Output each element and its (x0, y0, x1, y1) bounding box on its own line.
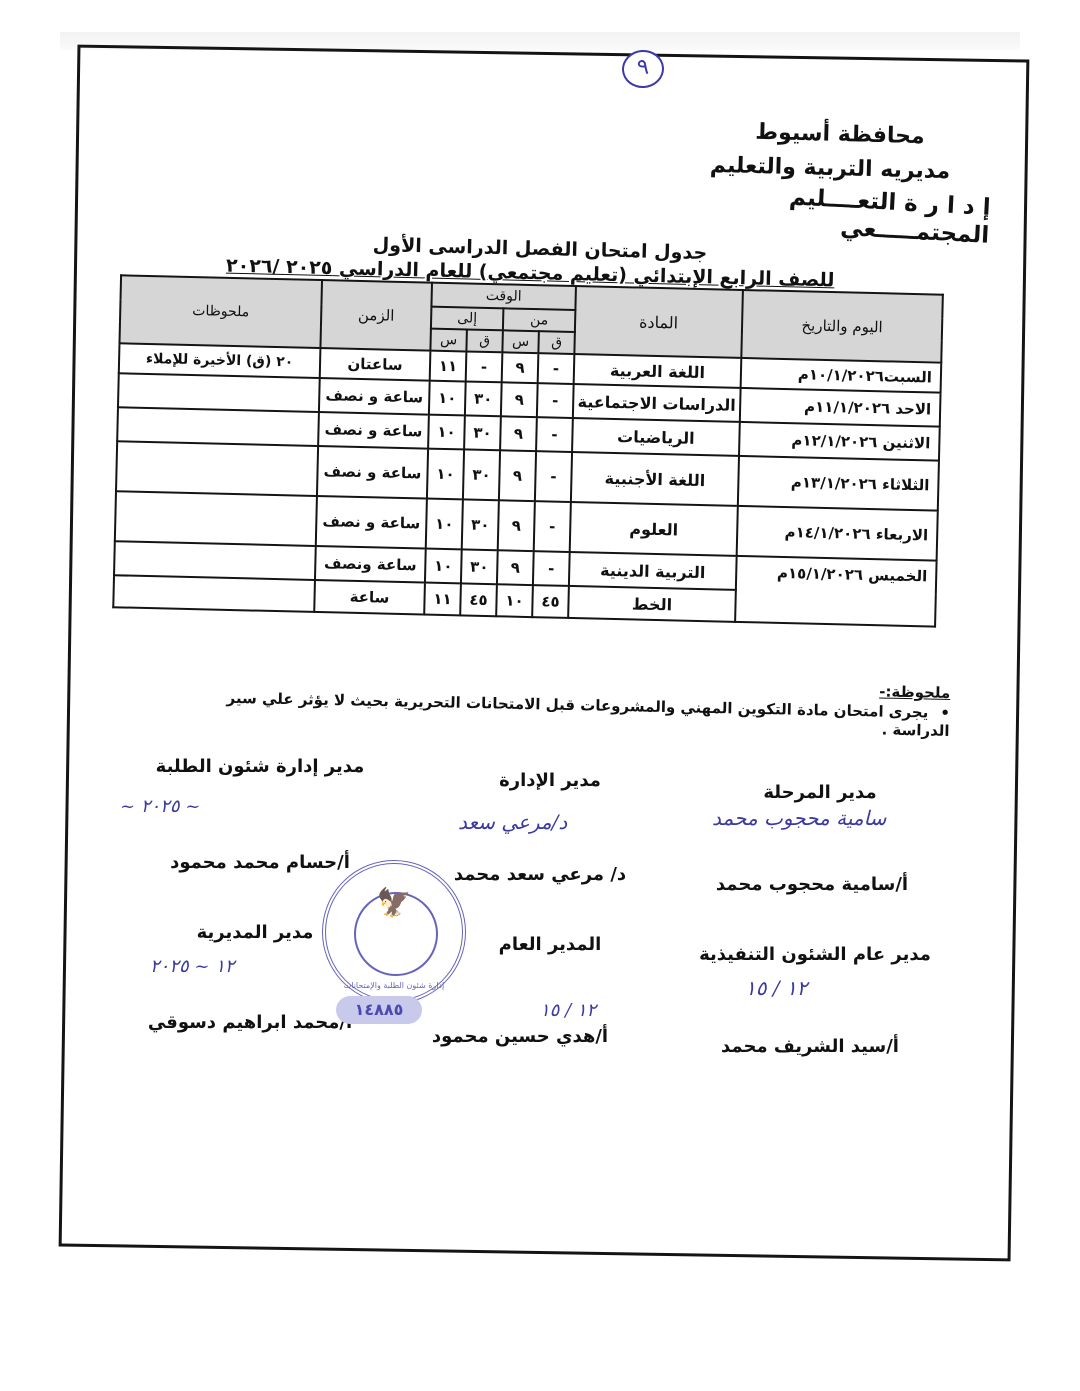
signature-name-student-affairs: أ/حسام محمد محمود (150, 852, 370, 873)
cell-from-minute: ٤٥ (532, 585, 569, 618)
cell-notes: ٢٠ (ق) الأخيرة للإملاء (119, 343, 321, 378)
exam-schedule-table: اليوم والتاريخ المادة الوقت الزمن ملحوظا… (112, 274, 944, 627)
cell-to-hour: ١٠ (429, 381, 466, 416)
official-seal: 🦅 إدارة شئون الطلبة والإمتحانات (322, 860, 466, 1004)
signature-role-general-director: المدير العام (490, 934, 610, 955)
cell-from-hour: ٩ (500, 416, 537, 451)
cell-from-hour: ٩ (499, 450, 536, 501)
cell-notes (115, 491, 317, 546)
cell-to-hour: ١١ (424, 583, 461, 616)
cell-to-minute: ٤٥ (460, 583, 497, 616)
cell-to-minute: ٣٠ (464, 415, 501, 450)
cell-subject: الدراسات الاجتماعية (573, 384, 741, 422)
signature-name-general-director: أ/هدي حسين محمود (420, 1026, 620, 1047)
cell-to-hour: ١٠ (427, 449, 464, 500)
cell-from-hour: ١٠ (496, 584, 533, 617)
cell-from-minute: - (536, 417, 573, 452)
header-time: الوقت (431, 283, 576, 310)
cell-from-minute: - (537, 383, 574, 418)
signature-name-directorate-manager: أ/محمد ابراهيم دسوقي (130, 1012, 370, 1033)
cell-notes (118, 373, 320, 412)
cell-to-hour: ١٠ (428, 415, 465, 450)
cell-from-hour: ٩ (497, 550, 534, 585)
cell-day-date: الاثنين ١٢/١/٢٠٢٦م (739, 422, 940, 461)
signature-role-directorate-manager: مدير المديرية (180, 922, 330, 943)
header-notes: ملحوظات (119, 275, 322, 348)
cell-subject: التربية الدينية (569, 552, 737, 590)
cell-to-hour: ١١ (430, 351, 467, 382)
cell-day-date: الاحد ١١/١/٢٠٢٦م (740, 388, 941, 427)
cell-day-date: السبت١٠/١/٢٠٢٦م (741, 358, 942, 393)
cell-from-minute: - (538, 353, 575, 384)
cell-subject: العلوم (570, 502, 738, 556)
handwritten-signature: ١٢ / ١٥ (745, 976, 807, 1000)
cell-from-minute: - (533, 551, 570, 586)
cell-to-hour: ١٠ (425, 549, 462, 584)
cell-subject: اللغة الأجنبية (571, 452, 739, 506)
signature-role-student-affairs: مدير إدارة شئون الطلبة (150, 756, 370, 777)
handwritten-signature: سامية محجوب محمد (712, 806, 886, 830)
cell-from-minute: - (535, 451, 572, 502)
cell-duration: ساعة و نصف (316, 496, 427, 549)
header-day-date: اليوم والتاريخ (741, 290, 943, 363)
cell-subject: اللغة العربية (574, 354, 742, 388)
handwritten-signature: د/مرعي سعد (458, 810, 567, 834)
header-from-minute: ق (538, 331, 575, 354)
cell-notes (116, 441, 318, 496)
signature-role-executive-affairs: مدير عام الشئون التنفيذية (690, 944, 940, 965)
header-from: من (503, 308, 575, 332)
cell-day-date: الثلاثاء ١٣/١/٢٠٢٦م (738, 456, 939, 511)
header-to-minute: ق (466, 329, 503, 352)
cell-notes (117, 407, 319, 446)
handwritten-signature: ~ ٢٠٢٥ ~ (120, 796, 200, 817)
signature-role-stage-manager: مدير المرحلة (740, 782, 900, 803)
cell-duration: ساعة (314, 580, 425, 615)
cell-to-hour: ١٠ (426, 499, 463, 550)
eagle-emblem-icon: 🦅 (326, 886, 462, 919)
handwritten-signature: ١٢ ~ ٢٠٢٥ (150, 956, 235, 977)
cell-to-minute: ٣٠ (462, 499, 499, 550)
cell-from-hour: ٩ (501, 382, 538, 417)
cell-from-minute: - (534, 501, 571, 552)
cell-duration: ساعة ونصف (315, 546, 426, 583)
signature-name-admin-manager: د/ مرعي سعد محمد (440, 864, 640, 885)
cell-duration: ساعة و نصف (319, 378, 430, 415)
cell-duration: ساعتان (320, 348, 431, 381)
cell-from-hour: ٩ (502, 352, 539, 383)
signature-role-admin-manager: مدير الإدارة (470, 770, 630, 791)
signature-name-stage-manager: أ/سامية محجوب محمد (712, 874, 912, 895)
cell-to-minute: ٣٠ (463, 449, 500, 500)
cell-day-date: الخميس ١٥/١/٢٠٢٦م (735, 556, 936, 627)
header-from-hour: س (502, 330, 539, 353)
cell-subject: الخط (568, 586, 736, 622)
header-subject: المادة (574, 286, 743, 358)
seal-text: إدارة شئون الطلبة والإمتحانات (334, 981, 454, 990)
header-to: إلى (431, 307, 503, 331)
handwritten-signature: ١٢ / ١٥ (540, 1000, 596, 1021)
cell-subject: الرياضيات (572, 418, 740, 456)
signature-name-executive-affairs: أ/سيد الشريف محمد (710, 1036, 910, 1057)
cell-to-minute: - (466, 351, 503, 382)
header-duration: الزمن (320, 280, 432, 351)
cell-notes (114, 541, 316, 580)
cell-notes (113, 575, 315, 612)
cell-to-minute: ٣٠ (461, 549, 498, 584)
cell-to-minute: ٣٠ (465, 381, 502, 416)
cell-duration: ساعة و نصف (318, 412, 429, 449)
stamp-number: ١٤٨٨٥ (336, 996, 422, 1024)
header-to-hour: س (430, 329, 467, 352)
cell-from-hour: ٩ (498, 500, 535, 551)
cell-day-date: الاربعاء ١٤/١/٢٠٢٦م (737, 506, 938, 561)
cell-duration: ساعة و نصف (317, 446, 428, 499)
